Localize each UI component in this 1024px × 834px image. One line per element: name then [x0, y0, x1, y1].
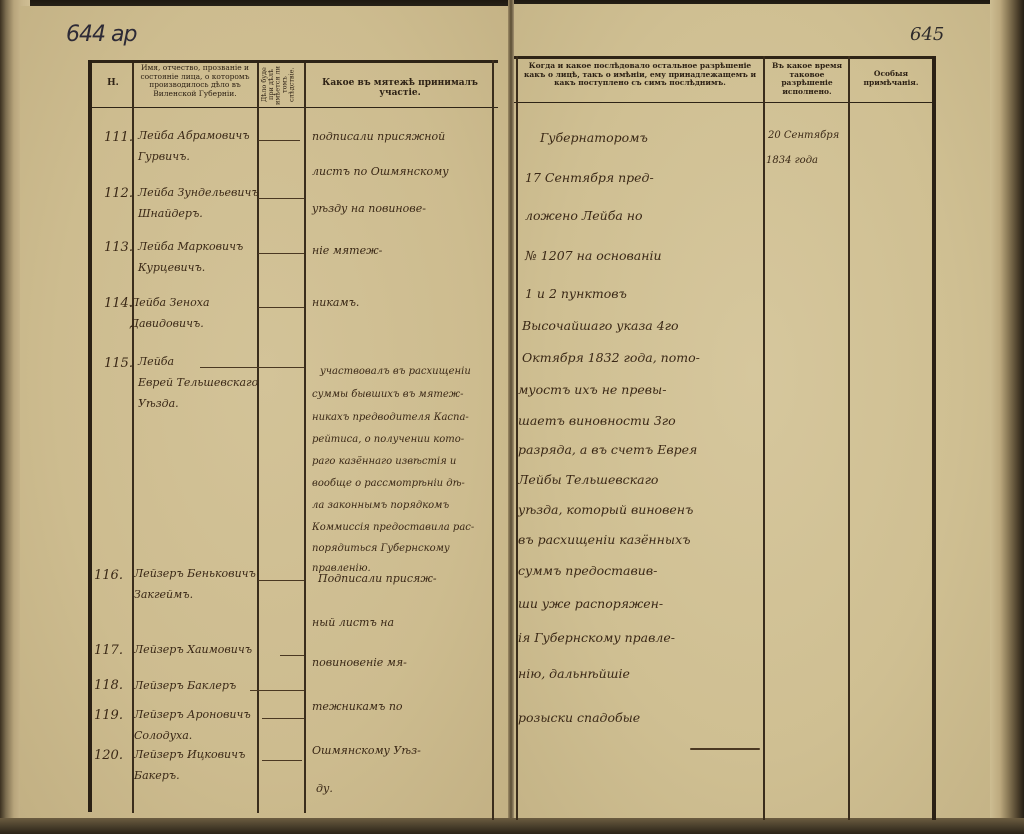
entry-name: Лейзеръ БеньковичъЗакгеймъ.: [134, 564, 256, 606]
participation-line: никамъ.: [312, 296, 359, 309]
resolution-line: суммъ предоставив-: [518, 563, 657, 578]
resolution-line: Высочайшаго указа 4го: [522, 318, 679, 333]
resolution-line: розыски спадобые: [518, 710, 640, 725]
participation-line: Подписали присяж-: [318, 572, 437, 585]
resolution-line: въ расхищеніи казённыхъ: [518, 532, 690, 547]
entry-dash: [258, 198, 304, 199]
entry-name: Лейзеръ ИцковичъБакеръ.: [134, 745, 245, 787]
entry-dash: [258, 253, 304, 254]
participation-line: ду.: [316, 782, 333, 795]
right-col-divider-2: [848, 56, 850, 820]
entry-dash: [262, 760, 302, 761]
participation-line: ный листъ на: [312, 616, 394, 629]
entry-number: 119.: [94, 708, 123, 723]
header-case-status: Дѣло буде при дѣлѣ имѣется ли томъ слѣдс…: [261, 64, 303, 106]
participation-line: тежникамъ по: [312, 700, 403, 713]
resolution-line: 17 Сентября пред-: [525, 170, 654, 185]
entry-number: 116.: [94, 568, 123, 583]
resolution-line: разряда, а въ счетъ Еврея: [518, 442, 697, 457]
participation-line: подписали присяжной: [312, 130, 445, 143]
entry-dash: [262, 718, 304, 719]
entry-number: 112.: [104, 186, 133, 201]
resolution-line: Лейбы Тельшевскаго: [518, 472, 658, 487]
right-col-divider-1: [763, 56, 765, 820]
participation-line: вообще о рассмотрѣніи дѣ-: [312, 478, 465, 489]
participation-line: Ошмянскому Уѣз-: [312, 744, 421, 757]
entry-dash: [258, 580, 304, 581]
left-col-divider-4: [492, 60, 494, 820]
entry-number: 113.: [104, 240, 133, 255]
executed-date-line: 1834 года: [766, 155, 818, 166]
entry-name: Лейба АбрамовичъГурвичъ.: [138, 126, 250, 168]
entry-name: Лейба ЗенохаДавидовичъ.: [130, 293, 210, 335]
participation-line: суммы бывшихъ въ мятеж-: [312, 389, 464, 400]
entry-name: Лейзеръ Баклеръ: [134, 676, 236, 697]
right-col-divider-0: [516, 56, 518, 820]
resolution-line: ія Губернскому правле-: [518, 630, 675, 645]
participation-line: ніе мятеж-: [312, 244, 382, 257]
right-header-bottom-rule: [514, 102, 934, 103]
left-table-outer-border: [88, 60, 92, 812]
resolution-line: ши уже распоряжен-: [518, 596, 663, 611]
left-col-divider-1: [132, 63, 134, 813]
resolution-line: уѣзда, который виновенъ: [518, 502, 693, 517]
resolution-line: шаетъ виновности 3го: [518, 413, 676, 428]
resolution-line: нію, дальнѣйшіе: [518, 666, 630, 681]
bottom-shadow: [0, 818, 1024, 834]
participation-line: участвовалъ въ расхищеніи: [320, 366, 471, 377]
executed-date-line: 20 Сентября: [768, 130, 839, 141]
entry-name: Лейзеръ Хаимовичъ: [134, 640, 252, 661]
entry-dash: [200, 367, 304, 368]
folio-number: 645: [910, 24, 944, 45]
participation-line: никахъ предводителя Каспа-: [312, 412, 469, 423]
entry-number: 118.: [94, 678, 123, 693]
left-col-divider-3: [304, 63, 306, 813]
participation-line: порядиться Губернскому: [312, 543, 450, 554]
open-register-book: 644 ар 645 Н. Имя, отчество, прозваніе и…: [0, 0, 1024, 834]
resolution-line: Октября 1832 года, пото-: [522, 350, 700, 365]
left-header-bottom-rule: [92, 107, 498, 108]
entry-dash: [280, 655, 304, 656]
entry-name: Лейзеръ АроновичъСолодуха.: [134, 705, 251, 747]
header-resolution: Когда и какое послѣдовало остальное разр…: [519, 62, 761, 88]
participation-line: рейтиса, о получении кото-: [312, 434, 464, 445]
participation-line: Коммиссія предоставила рас-: [312, 522, 474, 533]
resolution-line: ложено Лейба но: [525, 208, 643, 223]
entry-dash: [258, 140, 300, 141]
book-gutter: [508, 0, 514, 834]
right-table-outer-border: [932, 56, 936, 820]
header-executed-when: Въ какое время таковое разрѣшеніе исполн…: [766, 62, 848, 97]
participation-line: раго казённаго извѣстія и: [312, 456, 456, 467]
entry-number: 120.: [94, 748, 123, 763]
entry-name: Лейба ЗундельевичъШнайдеръ.: [138, 183, 259, 225]
entry-number: 114.: [104, 296, 133, 311]
entry-name: Лейба МарковичъКурцевичъ.: [138, 237, 243, 279]
participation-line: уѣзду на повинове-: [312, 202, 426, 215]
header-remarks: Особыя примѣчанія.: [851, 70, 931, 87]
participation-line: ла законнымъ порядкомъ: [312, 500, 449, 511]
entry-number: 115.: [104, 356, 133, 371]
entry-name: ЛейбаЕврей ТельшевскагоУѣзда.: [138, 352, 258, 415]
resolution-line: № 1207 на основаніи: [525, 248, 662, 263]
entry-dash: [258, 307, 304, 308]
participation-line: листъ по Ошмянскому: [312, 165, 449, 178]
header-name: Имя, отчество, прозваніе и состояніе лиц…: [135, 64, 255, 99]
entry-number: 117.: [94, 643, 123, 658]
entry-dash: [250, 690, 304, 691]
resolution-line: муостъ ихъ не превы-: [518, 382, 666, 397]
resolution-line: Губернаторомъ: [540, 130, 648, 145]
entry-number: 111.: [104, 130, 133, 145]
participation-line: повиновеніе мя-: [312, 656, 407, 669]
header-participation: Какое въ мятежѣ принималъ участіе.: [308, 78, 492, 99]
closing-flourish: [690, 748, 760, 750]
resolution-line: 1 и 2 пунктовъ: [525, 286, 627, 301]
left-col-divider-2: [257, 63, 259, 813]
right-table-top-rule: [514, 56, 934, 59]
archive-code: 644 ар: [66, 22, 136, 47]
right-page-edge: [990, 0, 1024, 834]
header-number: Н.: [94, 78, 132, 88]
